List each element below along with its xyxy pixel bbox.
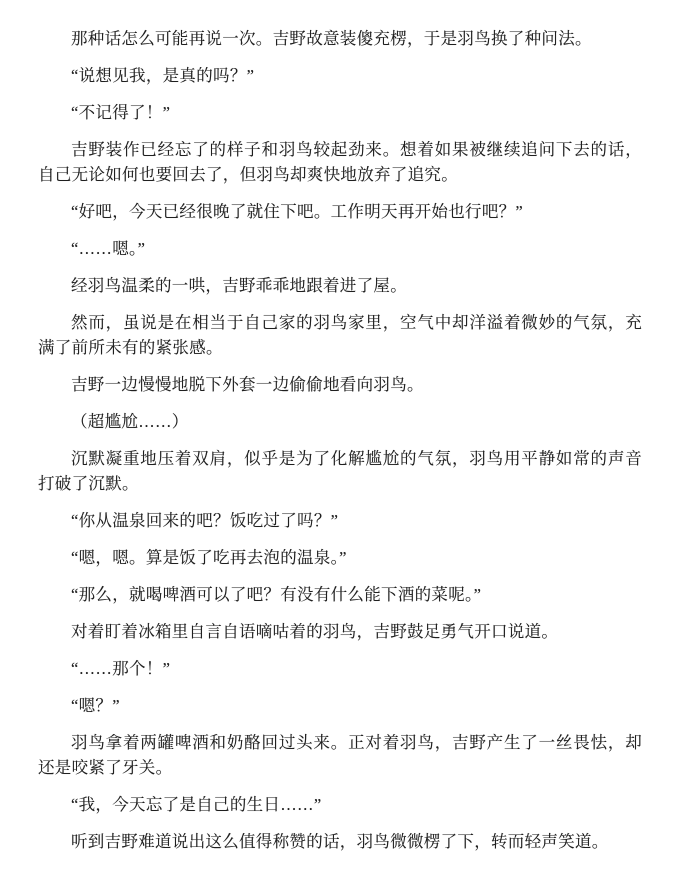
paragraph: “嗯？” [38, 693, 642, 718]
paragraph: 羽鸟拿着两罐啤酒和奶酪回过头来。正对着羽鸟，吉野产生了一丝畏怯，却还是咬紧了牙关… [38, 730, 642, 780]
paragraph: “你从温泉回来的吧？饭吃过了吗？” [38, 508, 642, 533]
paragraph: 然而，虽说是在相当于自己家的羽鸟家里，空气中却洋溢着微妙的气氛，充满了前所未有的… [38, 310, 642, 360]
document-page: 那种话怎么可能再说一次。吉野故意装傻充楞，于是羽鸟换了种问法。 “说想见我，是真… [0, 0, 680, 880]
paragraph: 听到吉野难道说出这么值得称赞的话，羽鸟微微楞了下，转而轻声笑道。 [38, 829, 642, 854]
paragraph: “我，今天忘了是自己的生日……” [38, 792, 642, 817]
paragraph: 沉默凝重地压着双肩，似乎是为了化解尴尬的气氛，羽鸟用平静如常的声音打破了沉默。 [38, 446, 642, 496]
paragraph: “好吧，今天已经很晚了就住下吧。工作明天再开始也行吧？” [38, 199, 642, 224]
paragraph: 吉野一边慢慢地脱下外套一边偷偷地看向羽鸟。 [38, 372, 642, 397]
paragraph: “……嗯。” [38, 236, 642, 261]
paragraph: 对着盯着冰箱里自言自语嘀咕着的羽鸟，吉野鼓足勇气开口说道。 [38, 619, 642, 644]
paragraph: “嗯，嗯。算是饭了吃再去泡的温泉。” [38, 545, 642, 570]
paragraph: 吉野装作已经忘了的样子和羽鸟较起劲来。想着如果被继续追问下去的话，自己无论如何也… [38, 137, 642, 187]
paragraph: （超尴尬……） [38, 409, 642, 434]
paragraph: “那么，就喝啤酒可以了吧？有没有什么能下酒的菜呢。” [38, 582, 642, 607]
paragraph: 那种话怎么可能再说一次。吉野故意装傻充楞，于是羽鸟换了种问法。 [38, 26, 642, 51]
paragraph: “说想见我，是真的吗？” [38, 63, 642, 88]
paragraph: “不记得了！” [38, 100, 642, 125]
paragraph: 经羽鸟温柔的一哄，吉野乖乖地跟着进了屋。 [38, 273, 642, 298]
paragraph: “……那个！” [38, 656, 642, 681]
